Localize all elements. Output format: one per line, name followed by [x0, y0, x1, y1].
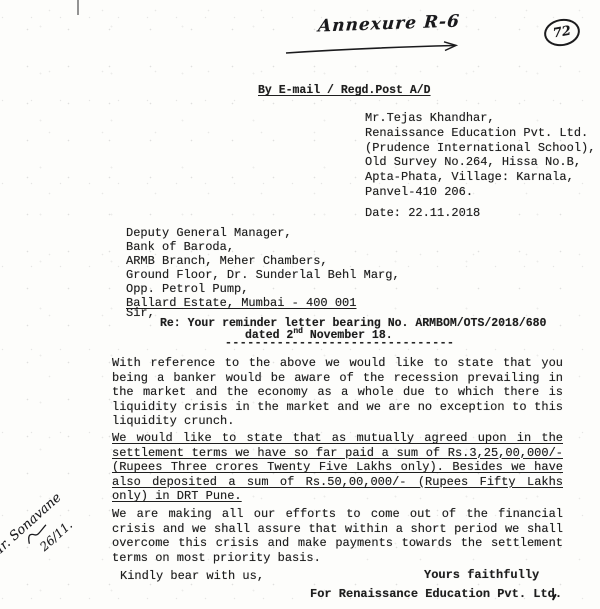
recipient-line: Old Survey No.264, Hissa No.B,: [365, 155, 595, 170]
salutation: Sir,: [126, 306, 155, 321]
recipient-line: Panvel-410 206.: [365, 185, 595, 200]
body-paragraph-2: We would like to state that as mutually …: [112, 431, 563, 504]
recipient-address-block: Mr.Tejas Khandhar, Renaissance Education…: [365, 111, 595, 200]
recipient-line: (Prudence International School),: [365, 141, 595, 156]
closing-request: Kindly bear with us,: [120, 569, 264, 584]
addressee-line: Deputy General Manager,: [126, 226, 400, 240]
annexure-annotation: Annexure R-6: [317, 11, 460, 36]
addressee-line: Opp. Petrol Pump,: [126, 282, 400, 296]
valediction: Yours faithfully: [424, 568, 539, 583]
addressee-line: Bank of Baroda,: [126, 240, 400, 254]
addressee-address-block: Deputy General Manager, Bank of Baroda, …: [126, 226, 400, 310]
scanned-letter-page: Annexure R-6 72 By E-mail / Regd.Post A/…: [0, 0, 600, 609]
addressee-line-underlined: Ballard Estate, Mumbai - 400 001: [126, 296, 400, 310]
body-paragraph-1: With reference to the above we would lik…: [112, 356, 563, 429]
addressee-line: Ground Floor, Dr. Sunderlal Behl Marg,: [126, 268, 400, 282]
recipient-line: Apta-Phata, Village: Karnala,: [365, 170, 595, 185]
subject-dashed-underline: -------------------------------: [225, 337, 454, 352]
margin-note: Mr. Sonavane 26/11.: [0, 491, 82, 582]
addressee-line: ARMB Branch, Meher Chambers,: [126, 254, 400, 268]
recipient-line: Renaissance Education Pvt. Ltd.: [365, 126, 595, 141]
subject-ordinal-suffix: nd: [293, 327, 303, 336]
recipient-line: Mr.Tejas Khandhar,: [365, 111, 595, 126]
scan-pen-mark: [77, 0, 79, 15]
annexure-underline-arrow: [284, 40, 470, 56]
page-number-badge: 72: [542, 16, 582, 49]
signature-company-line: For Renaissance Education Pvt. Ltd.: [310, 587, 562, 602]
delivery-mode-heading: By E-mail / Regd.Post A/D: [258, 84, 431, 99]
body-paragraph-3: We are making all our efforts to come ou…: [112, 507, 563, 565]
date-line: Date: 22.11.2018: [365, 206, 480, 221]
